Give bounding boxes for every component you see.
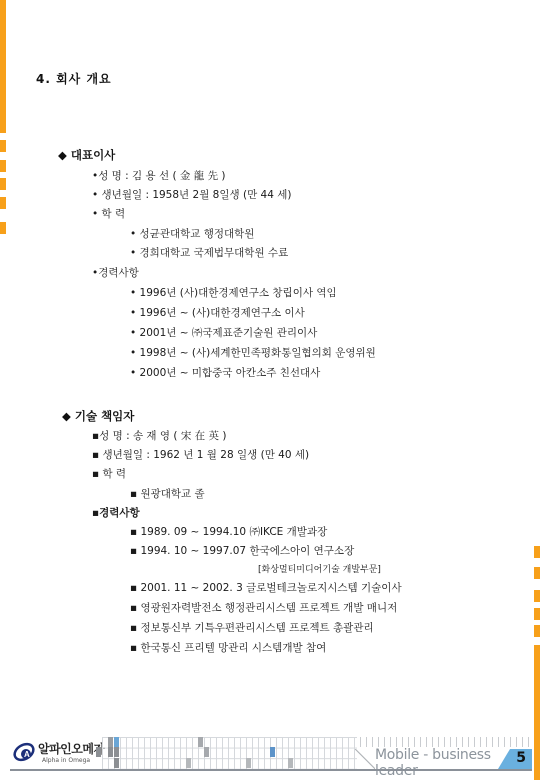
cto-career-item: ▪ 1989. 09 ~ 1994.10 ㈜IKCE 개발과장 <box>130 524 327 539</box>
ceo-career-label: •경력사항 <box>92 265 139 280</box>
page-title: 4. 회사 개요 <box>36 70 112 87</box>
company-subtitle: Alpha in Omega <box>42 757 90 764</box>
footer-divider <box>10 769 532 771</box>
ceo-education-item: • 성균관대학교 행정대학원 <box>130 226 254 241</box>
cto-career-item: ▪ 한국통신 프리텔 망관리 시스템개발 참여 <box>130 640 326 655</box>
left-accent-segment <box>0 160 6 172</box>
ceo-name: •성 명 : 김 용 선 ( 金 龍 先 ) <box>92 168 226 183</box>
ceo-career-item: • 1998년 ~ (사)세계한민족평화통일협의회 운영위원 <box>130 345 376 360</box>
left-accent-bar <box>0 0 6 133</box>
footer-banner: A 알파인오메가 Alpha in Omega Mobile - busines… <box>10 737 532 769</box>
decorative-ruler <box>360 737 532 747</box>
cto-career-label: ▪경력사항 <box>92 505 140 520</box>
cto-career-item: ▪ 정보통신부 기특우편관리시스템 프로젝트 총괄관리 <box>130 620 374 635</box>
cto-career-item: ▪ 영광원자력발전소 행정관리시스템 프로젝트 개발 매니저 <box>130 600 397 615</box>
ceo-education-item: • 경희대학교 국제법무대학원 수료 <box>130 245 288 260</box>
cto-career-item: ▪ 1994. 10 ~ 1997.07 한국에스아이 연구소장 <box>130 543 354 558</box>
page-number: 5 <box>516 750 526 766</box>
ceo-birth: • 생년월일 : 1958년 2월 8일생 (만 44 세) <box>92 187 292 202</box>
left-accent-segment <box>0 197 6 209</box>
cto-career-note: [화상멀티미디어기술 개발부문] <box>258 562 381 575</box>
cto-name: ▪성 명 : 송 재 영 ( 宋 在 英 ) <box>92 428 226 443</box>
ceo-heading: ◆ 대표이사 <box>58 147 115 163</box>
ceo-career-item: • 1996년 ~ (사)대한경제연구소 이사 <box>130 305 305 320</box>
cto-birth: ▪ 생년월일 : 1962 년 1 월 28 일생 (만 40 세) <box>92 447 309 462</box>
decorative-slash <box>355 749 375 769</box>
cto-career-item: ▪ 2001. 11 ~ 2002. 3 글로벌테크놀로지시스템 기술이사 <box>130 580 402 595</box>
right-accent-segment <box>534 608 540 620</box>
alpha-omega-logo-icon: A <box>12 740 36 764</box>
decorative-grid <box>102 737 357 769</box>
right-accent-segment <box>534 546 540 558</box>
ceo-career-item: • 2000년 ~ 미합중국 아칸소주 친선대사 <box>130 365 320 380</box>
right-accent-segment <box>534 625 540 637</box>
svg-text:A: A <box>24 750 30 759</box>
ceo-career-item: • 2001년 ~ ㈜국제표준기술원 관리이사 <box>130 325 317 340</box>
left-accent-segment <box>0 178 6 190</box>
right-accent-segment <box>534 590 540 602</box>
left-accent-segment <box>0 140 6 152</box>
cto-education-item: ▪ 원광대학교 졸 <box>130 486 205 501</box>
cto-heading: ◆ 기술 책임자 <box>62 408 134 424</box>
cto-education-label: ▪ 학 력 <box>92 466 126 481</box>
ceo-education-label: • 학 력 <box>92 206 125 221</box>
right-accent-segment <box>534 567 540 579</box>
company-name: 알파인오메가 <box>38 740 105 757</box>
ceo-career-item: • 1996년 (사)대한경제연구소 창립이사 역임 <box>130 285 337 300</box>
left-accent-segment <box>0 222 6 234</box>
right-accent-bar <box>534 645 540 780</box>
